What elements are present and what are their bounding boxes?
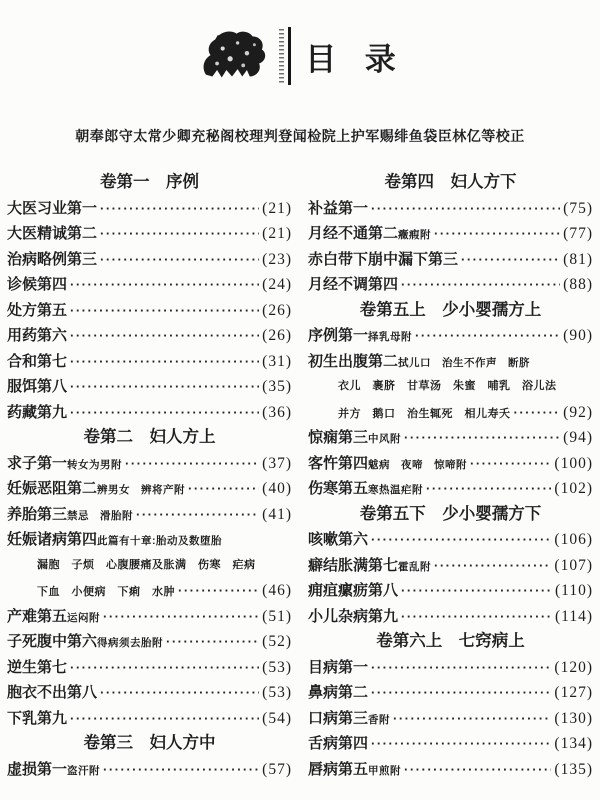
entry-annotation: 转女为男附 — [67, 453, 122, 477]
toc-entry: 鼻病第二····································… — [308, 680, 593, 706]
entry-title: 漏胞 子烦 心腹腰痛及胀满 伤寒 疟病 — [37, 553, 256, 579]
toc-entry: 诊候第四····································… — [7, 272, 292, 298]
entry-title: 舌病第四 — [308, 731, 368, 757]
entry-title: 伤寒第五 — [308, 476, 368, 502]
toc-continuation-line: 衣儿 裹脐 甘草汤 朱蜜 哺乳 浴儿法 — [308, 374, 593, 400]
dot-leader: ········································… — [70, 323, 259, 349]
entry-annotation: 运闷附 — [67, 606, 100, 630]
page-number: (106) — [554, 527, 593, 553]
toc-entry: 服饵第八····································… — [7, 374, 292, 400]
entry-title: 唇病第五 — [308, 757, 368, 783]
toc-entry: 大医习业第一··································… — [7, 196, 292, 222]
toc-entry: 妊娠恶阻第二辨男女 辨将产附··························… — [7, 476, 292, 502]
entry-annotation: 香附 — [368, 708, 390, 732]
entry-annotation: 禁忌 滑胎附 — [67, 504, 133, 528]
page-number: (37) — [262, 451, 292, 477]
entry-title: 惊痫第三 — [308, 425, 368, 451]
dot-leader: ········································… — [166, 629, 259, 655]
toc-entry: 月经不通第二癥瘕附·······························… — [308, 221, 593, 247]
entry-title: 下乳第九 — [7, 706, 67, 732]
section-header: 卷第四 妇人方下 — [308, 170, 593, 196]
entry-title: 下血 小便病 下痢 水肿 — [37, 580, 175, 604]
page-number: (23) — [262, 247, 292, 273]
entry-title: 赤白带下崩中漏下第三 — [308, 247, 458, 273]
entry-title: 初生出腹第二 — [308, 349, 398, 375]
entry-title: 服饵第八 — [7, 374, 67, 400]
toc-entry: 咳嗽第六····································… — [308, 527, 593, 553]
dot-leader: ········································… — [70, 298, 259, 324]
toc-entry: 客忤第四魃病 夜啼 惊啼附···························… — [308, 451, 593, 477]
dot-leader: ········································… — [371, 731, 551, 757]
dot-leader: ········································… — [70, 706, 259, 732]
toc-entry: 子死腹中第六得病须去胎附····························… — [7, 629, 292, 655]
page-number: (40) — [262, 476, 292, 502]
entry-title: 小儿杂病第九 — [308, 604, 398, 630]
entry-title: 处方第五 — [7, 298, 67, 324]
toc-entry: 补益第一····································… — [308, 196, 593, 222]
page-number: (81) — [563, 247, 593, 273]
page-number: (90) — [563, 323, 593, 349]
entry-title: 客忤第四 — [308, 451, 368, 477]
dot-leader: ········································… — [136, 502, 259, 528]
dot-leader: ········································… — [371, 680, 551, 706]
page-number: (35) — [262, 374, 292, 400]
dot-leader: ········································… — [103, 604, 259, 630]
page-number: (120) — [554, 655, 593, 681]
entry-annotation: 魃病 夜啼 惊啼附 — [368, 453, 467, 477]
page-number: (26) — [262, 323, 292, 349]
page-number: (36) — [262, 400, 292, 426]
entry-title: 妊娠恶阻第二 — [7, 476, 97, 502]
entry-title: 月经不调第四 — [308, 272, 398, 298]
toc-entry: 处方第五····································… — [7, 298, 292, 324]
entry-title: 胞衣不出第八 — [7, 680, 97, 706]
entry-title: 养胎第三 — [7, 502, 67, 528]
dot-leader: ········································… — [514, 400, 561, 426]
entry-title: 月经不通第二 — [308, 221, 398, 247]
toc-entry: 大医精诚第二··································… — [7, 221, 292, 247]
dot-leader: ········································… — [426, 476, 551, 502]
dot-leader: ········································… — [434, 221, 560, 247]
entry-annotation: 甲煎附 — [368, 759, 401, 783]
entry-annotation: 癥瘕附 — [398, 223, 431, 247]
page-number: (26) — [262, 298, 292, 324]
entry-title: 治病略例第三 — [7, 247, 97, 273]
toc-columns: 卷第一 序例大医习业第一····························… — [0, 170, 600, 782]
entry-title: 癖结胀满第七 — [308, 553, 398, 579]
toc-entry: 养胎第三禁忌 滑胎附······························… — [7, 502, 292, 528]
toc-entry: 产难第五运闷附·································… — [7, 604, 292, 630]
dot-leader: ········································… — [178, 578, 259, 604]
toc-entry: 口病第三香附··································… — [308, 706, 593, 732]
toc-entry: 虚损第一盗汗附·································… — [7, 757, 292, 783]
toc-entry: 唇病第五甲煎附·································… — [308, 757, 593, 783]
dot-leader: ········································… — [70, 349, 259, 375]
section-header: 卷第五上 少小婴孺方上 — [308, 298, 593, 324]
page-number: (94) — [563, 425, 593, 451]
dot-leader: ········································… — [125, 451, 259, 477]
toc-column-right: 卷第四 妇人方下补益第一····························… — [308, 170, 593, 782]
page-number: (53) — [262, 655, 292, 681]
dot-leader: ········································… — [70, 655, 259, 681]
page-number: (57) — [262, 757, 292, 783]
page-number: (107) — [554, 553, 593, 579]
page-number: (134) — [554, 731, 593, 757]
entry-title: 合和第七 — [7, 349, 67, 375]
toc-entry: 小儿杂病第九··································… — [308, 604, 593, 630]
dot-leader: ········································… — [393, 706, 551, 732]
dot-leader: ········································… — [371, 527, 551, 553]
entry-annotation: 中风附 — [368, 427, 401, 451]
page-number: (75) — [563, 196, 593, 222]
entry-annotation: 择乳母附 — [368, 325, 412, 349]
entry-title: 子死腹中第六 — [7, 629, 97, 655]
entry-title: 药藏第九 — [7, 400, 67, 426]
entry-title: 目病第一 — [308, 655, 368, 681]
entry-title: 痈疽瘰疬第八 — [308, 578, 398, 604]
page-number: (52) — [262, 629, 292, 655]
dot-leader: ········································… — [404, 425, 560, 451]
entry-annotation: 霍乱附 — [398, 555, 431, 579]
entry-annotation: 盗汗附 — [67, 759, 100, 783]
page-number: (127) — [554, 680, 593, 706]
section-header: 卷第六上 七窍病上 — [308, 629, 593, 655]
page-number: (135) — [554, 757, 593, 783]
dot-leader: ········································… — [100, 196, 259, 222]
page-number: (110) — [555, 578, 593, 604]
entry-title: 补益第一 — [308, 196, 368, 222]
entry-title: 产难第五 — [7, 604, 67, 630]
toc-continuation-line: 漏胞 子烦 心腹腰痛及胀满 伤寒 疟病 — [7, 553, 292, 579]
entry-annotation: 寒热温疟附 — [368, 478, 423, 502]
toc-entry: 初生出腹第二拭儿口 治生不作声 断脐 — [308, 349, 593, 375]
dot-leader: ········································… — [415, 323, 560, 349]
section-header: 卷第二 妇人方上 — [7, 425, 292, 451]
qilin-beast-seal-icon — [194, 28, 270, 84]
toc-entry: 伤寒第五寒热温疟附·······························… — [308, 476, 593, 502]
vertical-rule — [278, 27, 291, 85]
page-number: (92) — [563, 400, 593, 426]
entry-title: 求子第一 — [7, 451, 67, 477]
toc-entry: 赤白带下崩中漏下第三······························… — [308, 247, 593, 273]
entry-title: 衣儿 裹脐 甘草汤 朱蜜 哺乳 浴儿法 — [338, 374, 557, 400]
page-number: (114) — [555, 604, 593, 630]
dot-leader: ········································… — [434, 553, 551, 579]
dot-leader: ········································… — [70, 374, 259, 400]
page-number: (46) — [262, 578, 292, 604]
toc-entry: 月经不调第四··································… — [308, 272, 593, 298]
entry-title: 虚损第一 — [7, 757, 67, 783]
toc-entry: 药藏第九····································… — [7, 400, 292, 426]
section-header: 卷第一 序例 — [7, 170, 292, 196]
entry-title: 并方 鹅口 治生辄死 相儿寿夭 — [338, 402, 511, 426]
toc-entry: 胞衣不出第八··································… — [7, 680, 292, 706]
entry-annotation: 得病须去胎附 — [97, 631, 163, 655]
section-header: 卷第五下 少小婴孺方下 — [308, 502, 593, 528]
dot-leader: ········································… — [70, 272, 259, 298]
dot-leader: ········································… — [100, 680, 259, 706]
toc-entry: 序例第一择乳母附································… — [308, 323, 593, 349]
dot-leader: ········································… — [401, 578, 552, 604]
toc-entry: 妊娠诸病第四此篇有十章:胎动及数堕胎 — [7, 527, 292, 553]
toc-continuation-line: 下血 小便病 下痢 水肿····························… — [7, 578, 292, 604]
dot-leader: ········································… — [100, 247, 259, 273]
entry-title: 大医精诚第二 — [7, 221, 97, 247]
dot-leader: ········································… — [100, 221, 259, 247]
dot-leader: ········································… — [103, 757, 259, 783]
page-number: (31) — [262, 349, 292, 375]
entry-title: 用药第六 — [7, 323, 67, 349]
toc-column-left: 卷第一 序例大医习业第一····························… — [7, 170, 292, 782]
page-number: (88) — [563, 272, 593, 298]
toc-entry: 痈疽瘰疬第八··································… — [308, 578, 593, 604]
entry-title: 诊候第四 — [7, 272, 67, 298]
toc-entry: 癖结胀满第七霍乱附·······························… — [308, 553, 593, 579]
page-number: (51) — [262, 604, 292, 630]
entry-annotation: 拭儿口 治生不作声 断脐 — [398, 351, 530, 375]
entry-title: 序例第一 — [308, 323, 368, 349]
dot-leader: ········································… — [371, 196, 560, 222]
page-number: (77) — [563, 221, 593, 247]
page-number: (24) — [262, 272, 292, 298]
toc-entry: 目病第一····································… — [308, 655, 593, 681]
entry-title: 鼻病第二 — [308, 680, 368, 706]
dot-leader: ········································… — [401, 272, 560, 298]
entry-title: 咳嗽第六 — [308, 527, 368, 553]
entry-title: 口病第三 — [308, 706, 368, 732]
dot-leader: ········································… — [461, 247, 560, 273]
page-number: (53) — [262, 680, 292, 706]
page-number: (21) — [262, 221, 292, 247]
entry-title: 妊娠诸病第四 — [7, 527, 97, 553]
toc-entry: 用药第六····································… — [7, 323, 292, 349]
page-number: (102) — [554, 476, 593, 502]
editor-attribution-line: 朝奉郎守太常少卿充秘阁校理判登闻检院上护军赐绯鱼袋臣林亿等校正 — [0, 126, 600, 146]
dot-leader: ········································… — [470, 451, 551, 477]
micro-text-strip — [279, 29, 284, 83]
page-number: (41) — [262, 502, 292, 528]
toc-entry: 惊痫第三中风附·································… — [308, 425, 593, 451]
toc-entry: 下乳第九····································… — [7, 706, 292, 732]
masthead: 目 录 — [0, 26, 600, 86]
dot-leader: ········································… — [404, 757, 551, 783]
page-number: (130) — [554, 706, 593, 732]
dot-leader: ········································… — [188, 476, 259, 502]
toc-entry: 求子第一转女为男附·······························… — [7, 451, 292, 477]
page-number: (100) — [554, 451, 593, 477]
page-number: (21) — [262, 196, 292, 222]
entry-title: 大医习业第一 — [7, 196, 97, 222]
page-title: 目 录 — [299, 34, 406, 79]
toc-continuation-line: 并方 鹅口 治生辄死 相儿寿夭·························… — [308, 400, 593, 426]
entry-title: 逆生第七 — [7, 655, 67, 681]
entry-annotation: 辨男女 辨将产附 — [97, 478, 185, 502]
entry-annotation: 此篇有十章:胎动及数堕胎 — [97, 529, 222, 553]
dot-leader: ········································… — [70, 400, 259, 426]
section-header: 卷第三 妇人方中 — [7, 731, 292, 757]
toc-entry: 舌病第四····································… — [308, 731, 593, 757]
toc-entry: 逆生第七····································… — [7, 655, 292, 681]
toc-entry: 合和第七····································… — [7, 349, 292, 375]
dot-leader: ········································… — [401, 604, 552, 630]
page-number: (54) — [262, 706, 292, 732]
rule-bar — [288, 27, 291, 85]
toc-entry: 治病略例第三··································… — [7, 247, 292, 273]
dot-leader: ········································… — [371, 655, 551, 681]
